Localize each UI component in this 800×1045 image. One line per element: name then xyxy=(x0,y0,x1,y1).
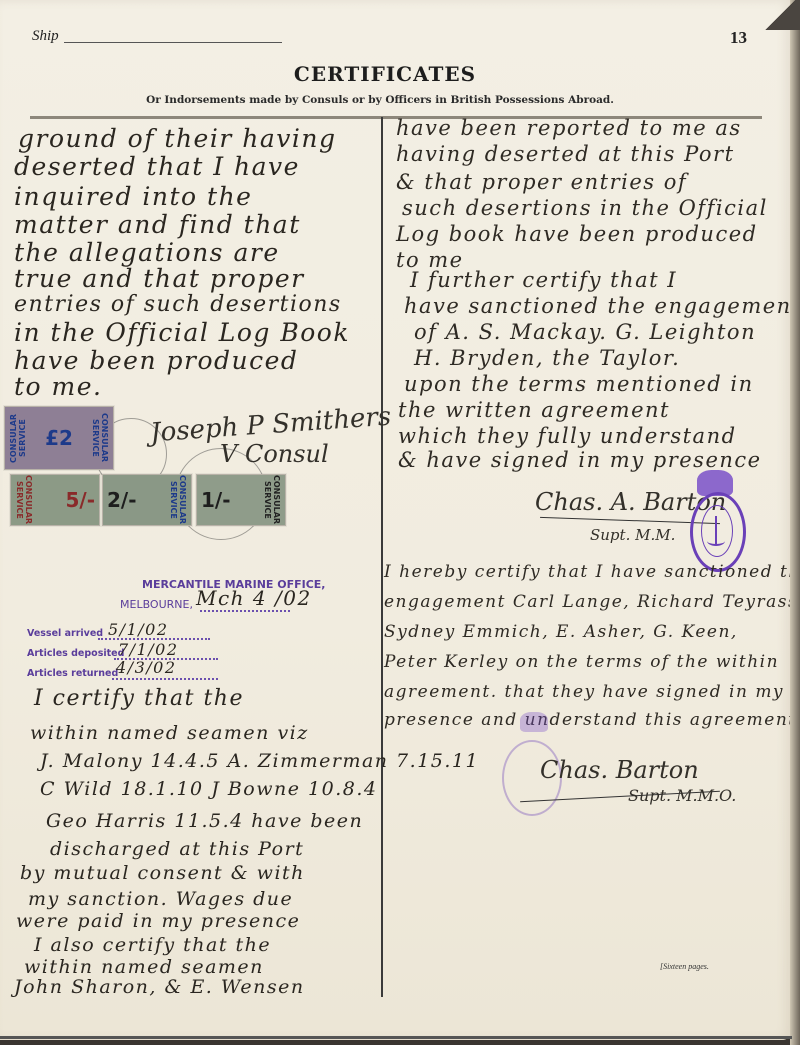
field-label-vessel-arrived: Vessel arrived xyxy=(27,628,103,639)
page-count-note: [Sixteen pages. xyxy=(660,962,709,971)
handwritten-line: were paid in my presence xyxy=(16,910,300,932)
stamp-label: CONSULAR SERVICE xyxy=(9,407,27,469)
handwritten-line: upon the terms mentioned in xyxy=(404,372,754,396)
handwritten-line: have sanctioned the engagement xyxy=(404,294,800,318)
page-edge xyxy=(790,0,800,1045)
stamp-value: 1/- xyxy=(201,488,231,512)
handwritten-line: I hereby certify that I have sanctioned … xyxy=(384,562,800,582)
field-label-articles-returned: Articles returned xyxy=(27,668,118,679)
handwritten-line: I certify that the xyxy=(34,686,244,711)
stamp-label: CONSULAR SERVICE xyxy=(91,407,109,469)
handwritten-line: engagement Carl Lange, Richard Teyrassen xyxy=(384,592,800,612)
consul-title: V Consul xyxy=(220,440,329,468)
revenue-stamp-2-pound: CONSULAR SERVICE £2 CONSULAR SERVICE xyxy=(4,406,114,470)
page-title: CERTIFICATES xyxy=(0,62,770,86)
page-corner xyxy=(760,0,800,30)
handwritten-line: to me. xyxy=(14,372,103,401)
field-value-vessel-arrived: 5/1/02 xyxy=(108,620,169,639)
handwritten-line: Geo Harris 11.5.4 have been xyxy=(46,810,363,832)
handwritten-line: by mutual consent & with xyxy=(20,862,305,884)
handwritten-line: have been reported to me as xyxy=(396,116,742,140)
handwritten-line: of A. S. Mackay. G. Leighton xyxy=(414,320,756,344)
stamp-value: £2 xyxy=(45,426,73,450)
bottom-rule xyxy=(0,1036,792,1039)
handwritten-line: C Wild 18.1.10 J Bowne 10.8.4 xyxy=(40,778,377,800)
field-value-articles-deposited: 7/1/02 xyxy=(118,640,179,659)
handwritten-line: entries of such desertions xyxy=(14,292,342,317)
handwritten-line: deserted that I have xyxy=(14,152,300,181)
field-value-articles-returned: 4/3/02 xyxy=(116,658,177,677)
crown-icon xyxy=(520,712,548,732)
handwritten-line: in the Official Log Book xyxy=(14,318,350,347)
handwritten-line: which they fully understand xyxy=(398,424,737,448)
revenue-stamp-5-shilling: CONSULAR SERVICE 5/- xyxy=(10,474,100,526)
handwritten-line: Peter Kerley on the terms of the within xyxy=(384,652,779,672)
handwritten-line: & have signed in my presence xyxy=(398,448,762,472)
handwritten-line: inquired into the xyxy=(14,182,252,211)
handwritten-line: having deserted at this Port xyxy=(396,142,735,166)
handwritten-line: within named seamen viz xyxy=(30,722,309,744)
handwritten-line: John Sharon, & E. Wensen xyxy=(14,976,305,998)
handwritten-line: matter and find that xyxy=(14,210,301,239)
first-signature-title: Supt. M.M. xyxy=(590,526,675,544)
revenue-stamp-2-shilling: 2/- CONSULAR SERVICE xyxy=(102,474,192,526)
handwritten-line: J. Malony 14.4.5 A. Zimmerman 7.15.11 xyxy=(40,750,479,772)
column-divider xyxy=(381,117,383,997)
field-label-articles-deposited: Articles deposited xyxy=(27,648,124,659)
second-signature-title: Supt. M.M.O. xyxy=(628,786,736,805)
ship-label: Ship xyxy=(32,28,59,45)
stamp-value: 5/- xyxy=(65,488,95,512)
handwritten-line: such desertions in the Official xyxy=(402,196,768,220)
second-signature: Chas. Barton xyxy=(540,756,699,784)
handwritten-line: agreement. that they have signed in my xyxy=(384,682,784,702)
anchor-icon xyxy=(701,505,733,557)
handwritten-line: have been produced xyxy=(14,346,298,375)
stamp-dotted-line xyxy=(200,610,290,612)
handwritten-line: within named seamen xyxy=(24,956,264,978)
page-subtitle: Or Indorsements made by Consuls or by Of… xyxy=(0,94,760,106)
revenue-stamp-1-shilling: 1/- CONSULAR SERVICE xyxy=(196,474,286,526)
stamp-label: CONSULAR SERVICE xyxy=(263,475,281,525)
handwritten-line: I also certify that the xyxy=(34,934,271,956)
handwritten-line: H. Bryden, the Taylor. xyxy=(414,346,680,370)
mercantile-city: MELBOURNE, xyxy=(120,598,193,611)
handwritten-line: I further certify that I xyxy=(410,268,677,292)
handwritten-line: ground of their having xyxy=(18,124,336,153)
stamp-value: 2/- xyxy=(107,488,137,512)
document-page: Ship 13 CERTIFICATES Or Indorsements mad… xyxy=(0,0,792,1040)
handwritten-line: Log book have been produced xyxy=(396,222,758,246)
handwritten-line: presence and understand this agreement. xyxy=(384,710,800,730)
handwritten-line: Sydney Emmich, E. Asher, G. Keen, xyxy=(384,622,738,642)
handwritten-line: discharged at this Port xyxy=(50,838,304,860)
handwritten-line: the written agreement xyxy=(398,398,670,422)
handwritten-line: my sanction. Wages due xyxy=(28,888,293,910)
handwritten-date: Mch 4 /02 xyxy=(196,586,312,610)
handwritten-line: the allegations are xyxy=(14,238,280,267)
handwritten-line: & that proper entries of xyxy=(396,170,687,194)
stamp-label: CONSULAR SERVICE xyxy=(15,475,33,525)
page-number: 13 xyxy=(730,28,747,48)
ship-name-line xyxy=(64,42,282,43)
handwritten-line: true and that proper xyxy=(14,264,305,293)
stamp-label: CONSULAR SERVICE xyxy=(169,475,187,525)
shipping-master-seal xyxy=(690,492,746,572)
stamp-dotted-line xyxy=(112,678,218,680)
